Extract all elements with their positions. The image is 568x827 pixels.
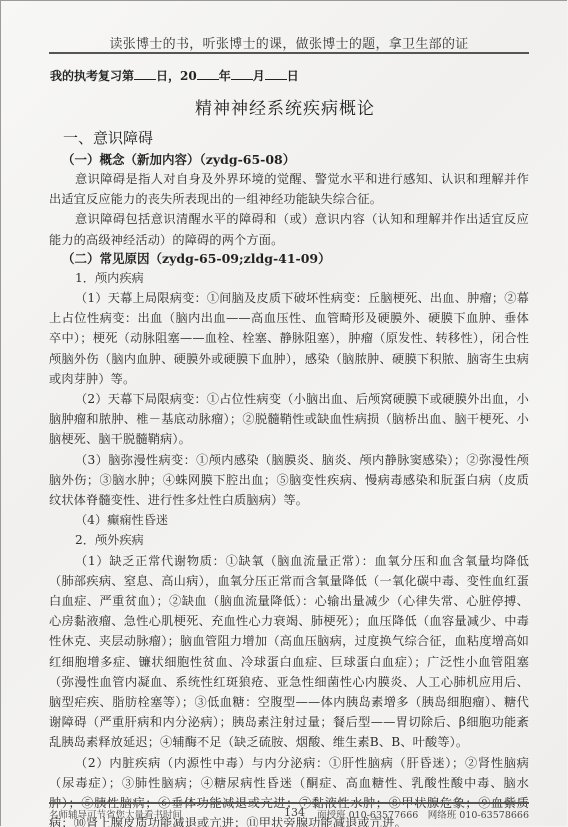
year-blank[interactable]	[197, 69, 219, 80]
paragraph: （1）天幕上局限病变：①间脑及皮质下破坏性病变：丘脑梗死、出血、肿瘤；②幕上占位…	[49, 288, 529, 389]
sub-heading: 2．颅外疾病	[75, 530, 529, 550]
study-prefix: 我的执考复习第	[50, 69, 134, 83]
subsection-heading: （一）概念（新加内容）（zydg-65-08）	[62, 151, 529, 169]
year-label: 年	[219, 69, 231, 83]
date-label: 日	[287, 69, 299, 83]
sub-heading: 1．颅内疾病	[75, 268, 529, 288]
subsection-heading: （二）常见原因（zydg-65-09;zldg-41-09）	[62, 250, 529, 268]
footer-tagline: 名师辅导可节省您大量看书时间	[49, 807, 182, 821]
page-title: 精神神经系统疾病概论	[1, 94, 568, 119]
study-progress-line: 我的执考复习第日，20年月日	[50, 67, 299, 84]
section-heading: 一、意识障碍	[63, 127, 529, 149]
paragraph: 意识障碍包括意识清醒水平的障碍和（或）意识内容（认知和理解并作出适宜反应能力的高…	[49, 209, 529, 249]
date-blank[interactable]	[265, 69, 287, 80]
month-blank[interactable]	[231, 69, 253, 80]
paragraph: 意识障碍是指人对自身及外界环境的觉醒、警觉水平和进行感知、认识和理解并作出适宜反…	[49, 169, 529, 209]
day-label: 日，	[156, 69, 180, 83]
day-blank[interactable]	[134, 69, 156, 80]
year-prefix: 20	[180, 69, 197, 83]
footer-rule	[49, 802, 529, 804]
document-page: 读张博士的书，听张博士的课，做张博士的题，拿卫生部的证 我的执考复习第日，20年…	[0, 0, 567, 826]
paragraph: （1）缺乏正常代谢物质：①缺氧（脑血流量正常）：血氧分压和血含氧量均降低（肺部疾…	[49, 551, 529, 753]
sub-item: （4）癫痫性昏迷	[75, 510, 529, 530]
month-label: 月	[253, 69, 265, 83]
header-slogan: 读张博士的书，听张博士的课，做张博士的题，拿卫生部的证	[49, 33, 529, 52]
paragraph: （2）天幕下局限病变：①占位性病变（小脑出血、后颅窝硬膜下或硬膜外出血，小脑肿瘤…	[49, 389, 529, 450]
content-body: 一、意识障碍 （一）概念（新加内容）（zydg-65-08） 意识障碍是指人对自…	[49, 127, 529, 827]
header-rule	[49, 52, 529, 54]
footer-contact: 面授班 010-63577666 网络班 010-63578666	[317, 807, 529, 821]
paragraph: （3）脑弥漫性病变：①颅内感染（脑膜炎、脑炎、颅内静脉窦感染）；②弥漫性颅脑外伤…	[49, 450, 529, 511]
page-number: 134	[284, 806, 305, 819]
